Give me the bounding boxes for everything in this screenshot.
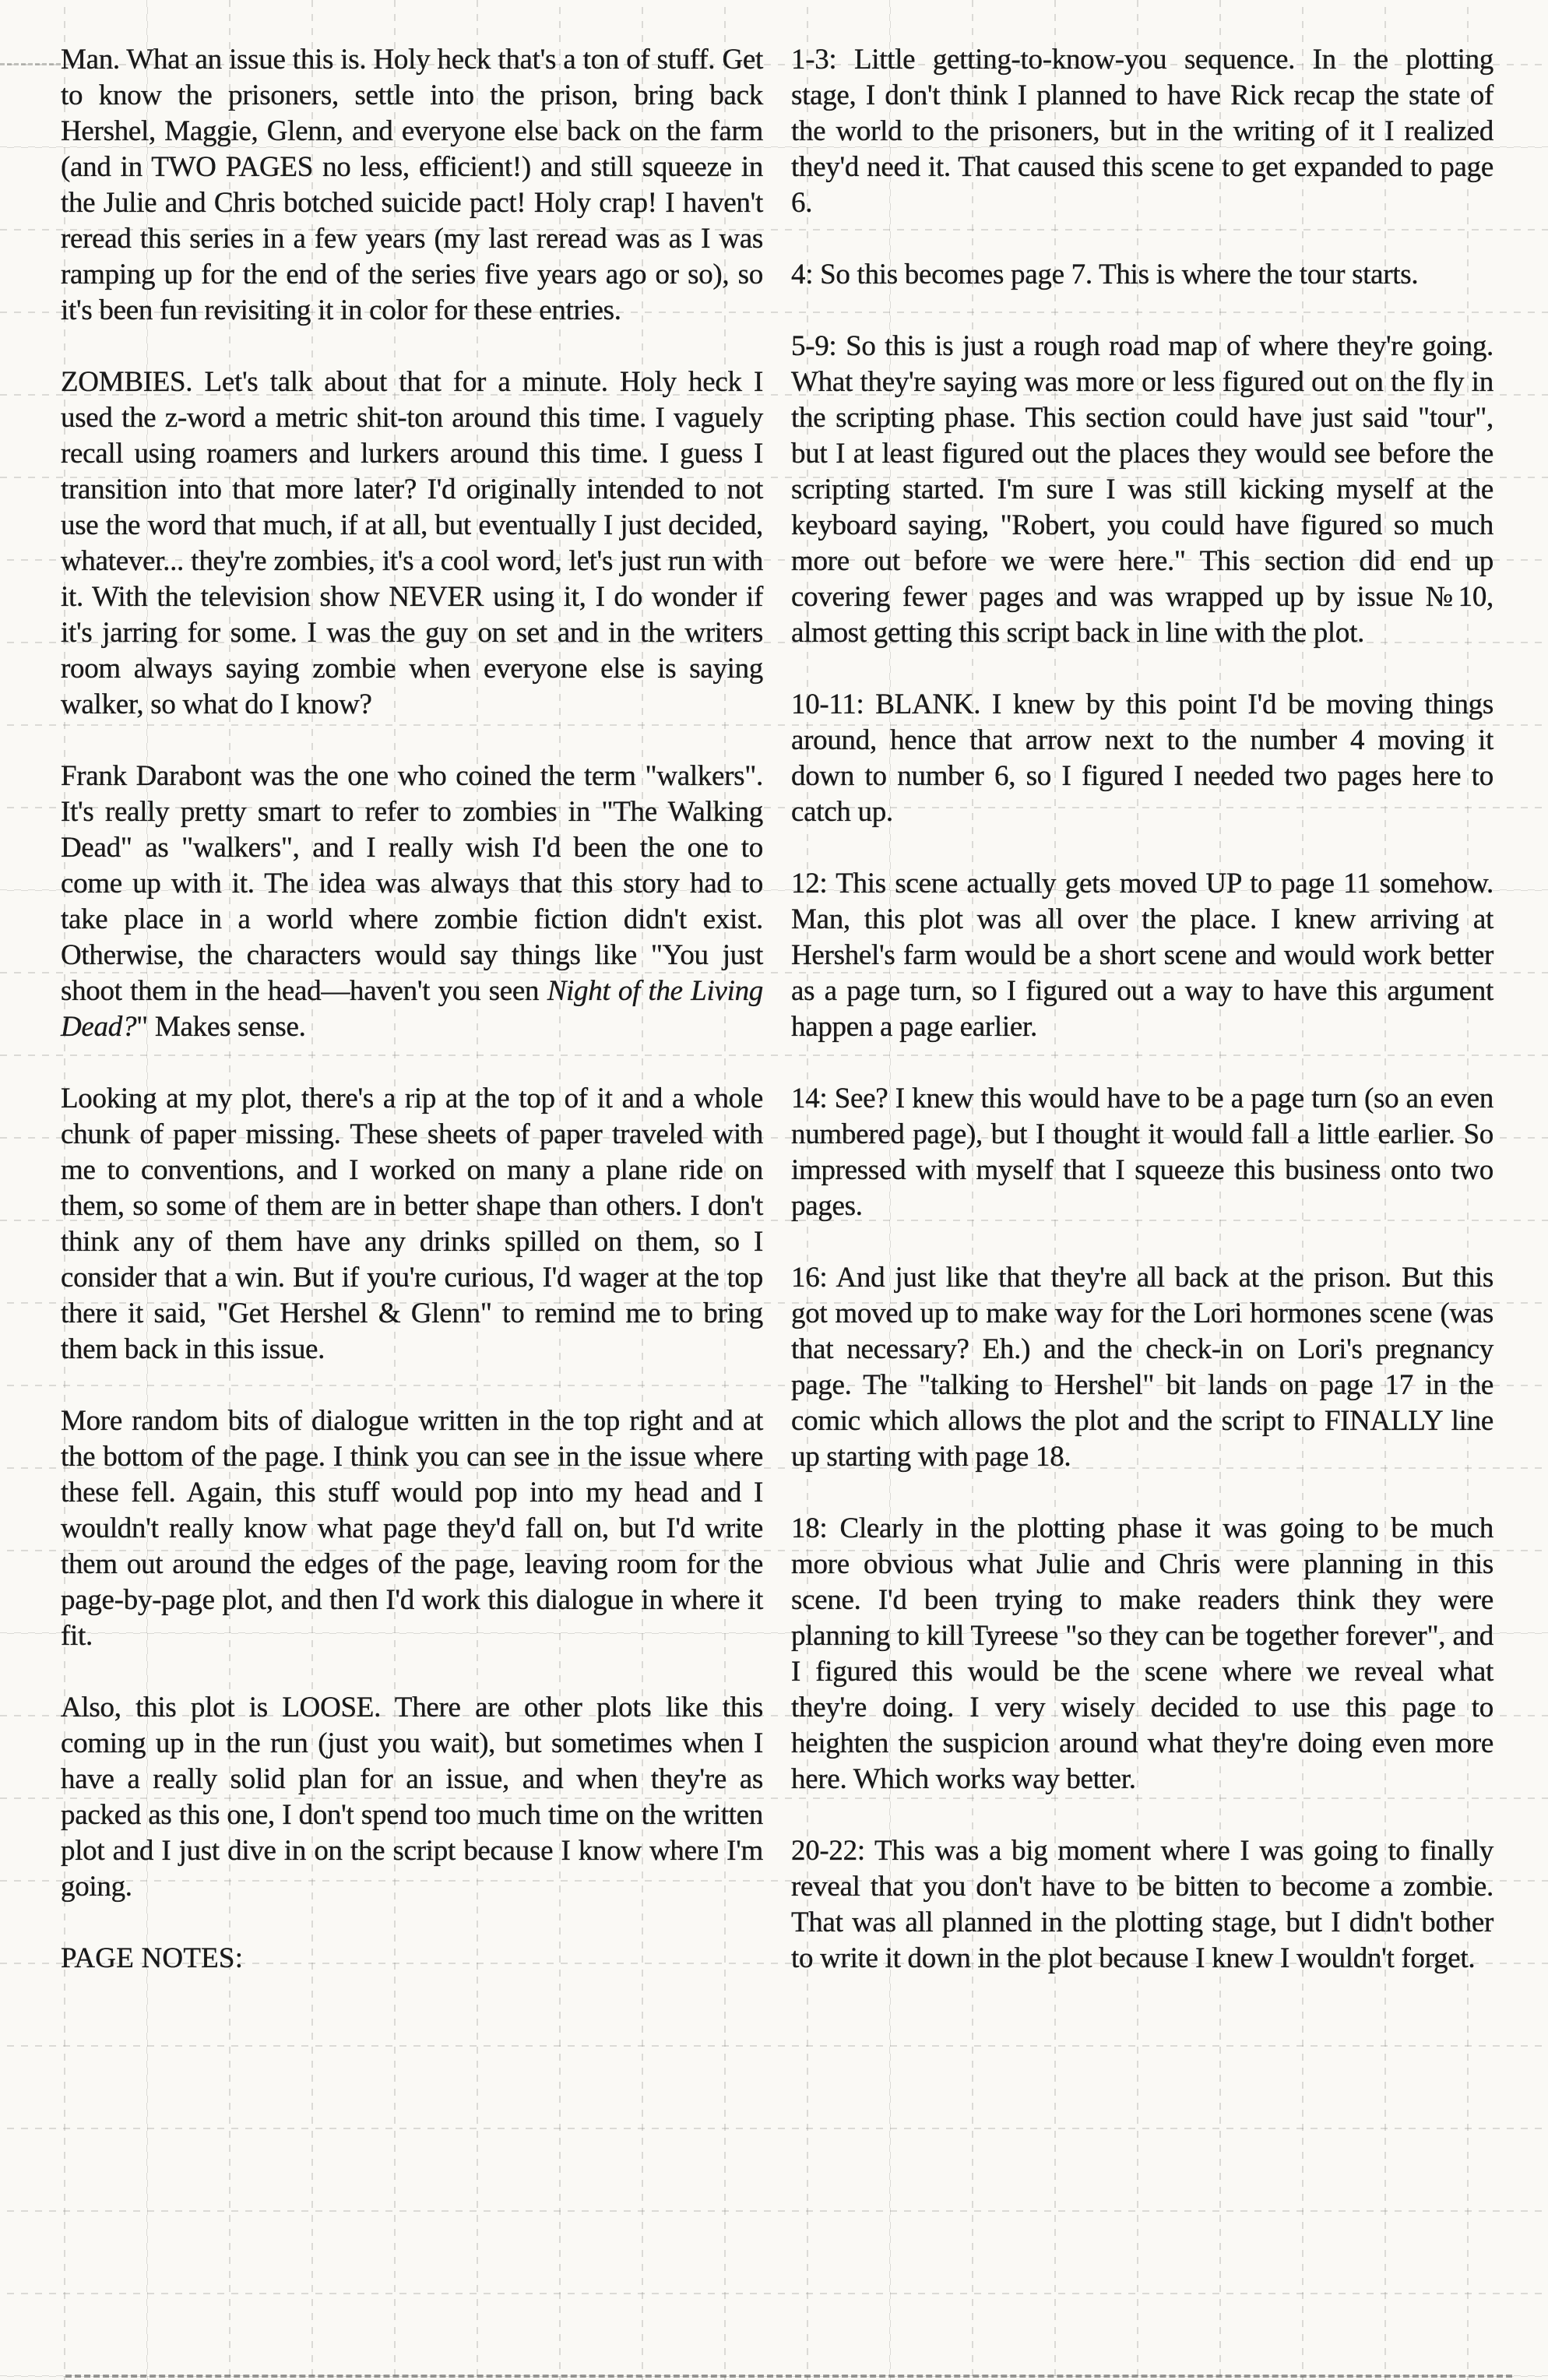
note-page-4: 4: So this becomes page 7. This is where… xyxy=(791,257,1493,293)
walkers-paragraph-text: Frank Darabont was the one who coined th… xyxy=(61,760,763,1007)
loose-plot-paragraph: Also, this plot is LOOSE. There are othe… xyxy=(61,1690,763,1905)
note-pages-5-9: 5-9: So this is just a rough road map of… xyxy=(791,329,1493,651)
intro-paragraph: Man. What an issue this is. Holy heck th… xyxy=(61,42,763,329)
note-pages-20-22: 20-22: This was a big moment where I was… xyxy=(791,1833,1493,1977)
right-column: 1-3: Little getting-to-know-you sequence… xyxy=(791,42,1493,1977)
note-page-16: 16: And just like that they're all back … xyxy=(791,1260,1493,1475)
left-column: Man. What an issue this is. Holy heck th… xyxy=(61,42,763,1977)
note-page-12: 12: This scene actually gets moved UP to… xyxy=(791,866,1493,1045)
walkers-paragraph-end: " Makes sense. xyxy=(136,1011,305,1043)
note-page-14: 14: See? I knew this would have to be a … xyxy=(791,1081,1493,1224)
zombies-paragraph: ZOMBIES. Let's talk about that for a min… xyxy=(61,364,763,723)
scan-edge-artifact-top-left xyxy=(0,63,61,65)
plot-condition-paragraph: Looking at my plot, there's a rip at the… xyxy=(61,1081,763,1368)
walkers-paragraph: Frank Darabont was the one who coined th… xyxy=(61,759,763,1045)
scanned-book-page: { "colors": { "paper": "#faf9f5", "ink":… xyxy=(0,0,1548,2380)
note-pages-1-3: 1-3: Little getting-to-know-you sequence… xyxy=(791,42,1493,221)
scan-edge-artifact-bottom xyxy=(65,2375,1512,2378)
note-pages-10-11: 10-11: BLANK. I knew by this point I'd b… xyxy=(791,687,1493,830)
random-dialogue-paragraph: More random bits of dialogue written in … xyxy=(61,1403,763,1654)
page-notes-heading: PAGE NOTES: xyxy=(61,1941,763,1977)
note-page-18: 18: Clearly in the plotting phase it was… xyxy=(791,1511,1493,1797)
